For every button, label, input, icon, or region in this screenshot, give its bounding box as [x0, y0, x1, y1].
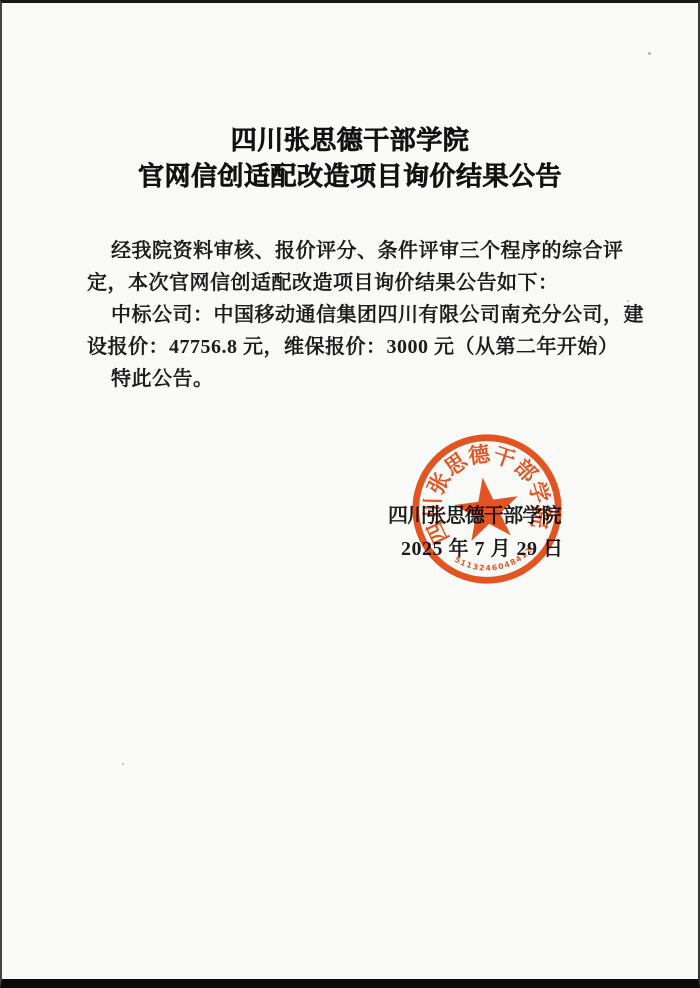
seal-arc-text-holder: 四川张思德干部学院 [411, 433, 557, 548]
document-title-line1: 四川张思德干部学院 [2, 122, 698, 158]
scan-speck [648, 52, 651, 55]
body-text-line: 特此公告。 [87, 363, 617, 395]
document-body: 经我院资料审核、报价评分、条件评审三个程序的综合评 定，本次官网信创适配改造项目… [87, 235, 617, 395]
document-title: 四川张思德干部学院 官网信创适配改造项目询价结果公告 [2, 122, 698, 194]
body-text-line: 经我院资料审核、报价评分、条件评审三个程序的综合评 [87, 235, 617, 267]
signature-date: 2025 年 7 月 29 日 [401, 532, 564, 561]
body-text-line: 定，本次官网信创适配改造项目询价结果公告如下： [87, 267, 617, 299]
document-title-line2: 官网信创适配改造项目询价结果公告 [2, 158, 698, 194]
scanned-announcement-page: 四川张思德干部学院 官网信创适配改造项目询价结果公告 经我院资料审核、报价评分、… [0, 0, 700, 988]
body-text-line: 设报价：47756.8 元，维保报价：3000 元（从第二年开始） [87, 331, 617, 363]
seal-arc-text: 四川张思德干部学院 [411, 433, 557, 548]
signature-organization: 四川张思德干部学院 [388, 499, 561, 528]
body-text-line: 中标公司：中国移动通信集团四川有限公司南充分公司，建 [87, 299, 617, 331]
scan-speck [122, 763, 124, 765]
